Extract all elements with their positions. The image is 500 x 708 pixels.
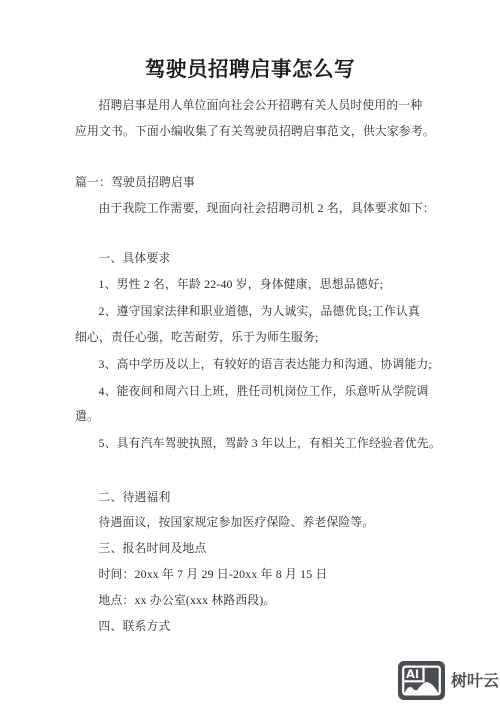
requirement-item-5: 5、具有汽车驾驶执照，驾龄 3 年以上，有相关工作经验者优先。: [0, 431, 500, 457]
requirement-item-2-cont: 细心，责任心强，吃苦耐劳，乐于为师生服务;: [0, 325, 500, 351]
benefits-line: 待遇面议，按国家规定参加医疗保险、养老保险等。: [0, 510, 500, 536]
document-page: 驾驶员招聘启事怎么写 招聘启事是用人单位面向社会公开招聘有关人员时使用的一种 应…: [0, 0, 500, 708]
section-heading-signup: 三、报名时间及地点: [0, 536, 500, 562]
requirement-item-1: 1、男性 2 名，年龄 22-40 岁，身体健康，思想品德好;: [0, 272, 500, 298]
requirement-item-4-cont: 遣。: [0, 404, 500, 430]
section-heading-benefits: 二、待遇福利: [0, 485, 500, 511]
signup-location-line: 地点：xx 办公室(xxx 林路西段)。: [0, 588, 500, 614]
part-heading: 篇一：驾驶员招聘启事: [0, 170, 500, 196]
requirement-item-2: 2、遵守国家法律和职业道德，为人诚实，品德优良;工作认真: [0, 299, 500, 325]
brand-name: 树叶云: [451, 661, 499, 700]
intro-line-2: 应用文书。下面小编收集了有关驾驶员招聘启事范文，供大家参考。: [0, 119, 500, 145]
document-title: 驾驶员招聘启事怎么写: [0, 0, 500, 82]
opening-line: 由于我院工作需要，现面向社会招聘司机 2 名，具体要求如下：: [0, 196, 500, 222]
ai-logo-label: AI: [406, 667, 419, 681]
requirement-item-3: 3、高中学历及以上，有较好的语言表达能力和沟通、协调能力;: [0, 352, 500, 378]
watermark: AI 树叶云: [398, 661, 499, 700]
intro-line-1: 招聘启事是用人单位面向社会公开招聘有关人员时使用的一种: [0, 93, 500, 119]
section-heading-requirements: 一、具体要求: [0, 246, 500, 272]
requirement-item-4: 4、能夜间和周六日上班，胜任司机岗位工作，乐意听从学院调: [0, 379, 500, 405]
ai-image-logo-icon: AI: [398, 661, 445, 700]
section-heading-contact: 四、联系方式: [0, 614, 500, 640]
signup-time-line: 时间：20xx 年 7 月 29 日-20xx 年 8 月 15 日: [0, 562, 500, 588]
